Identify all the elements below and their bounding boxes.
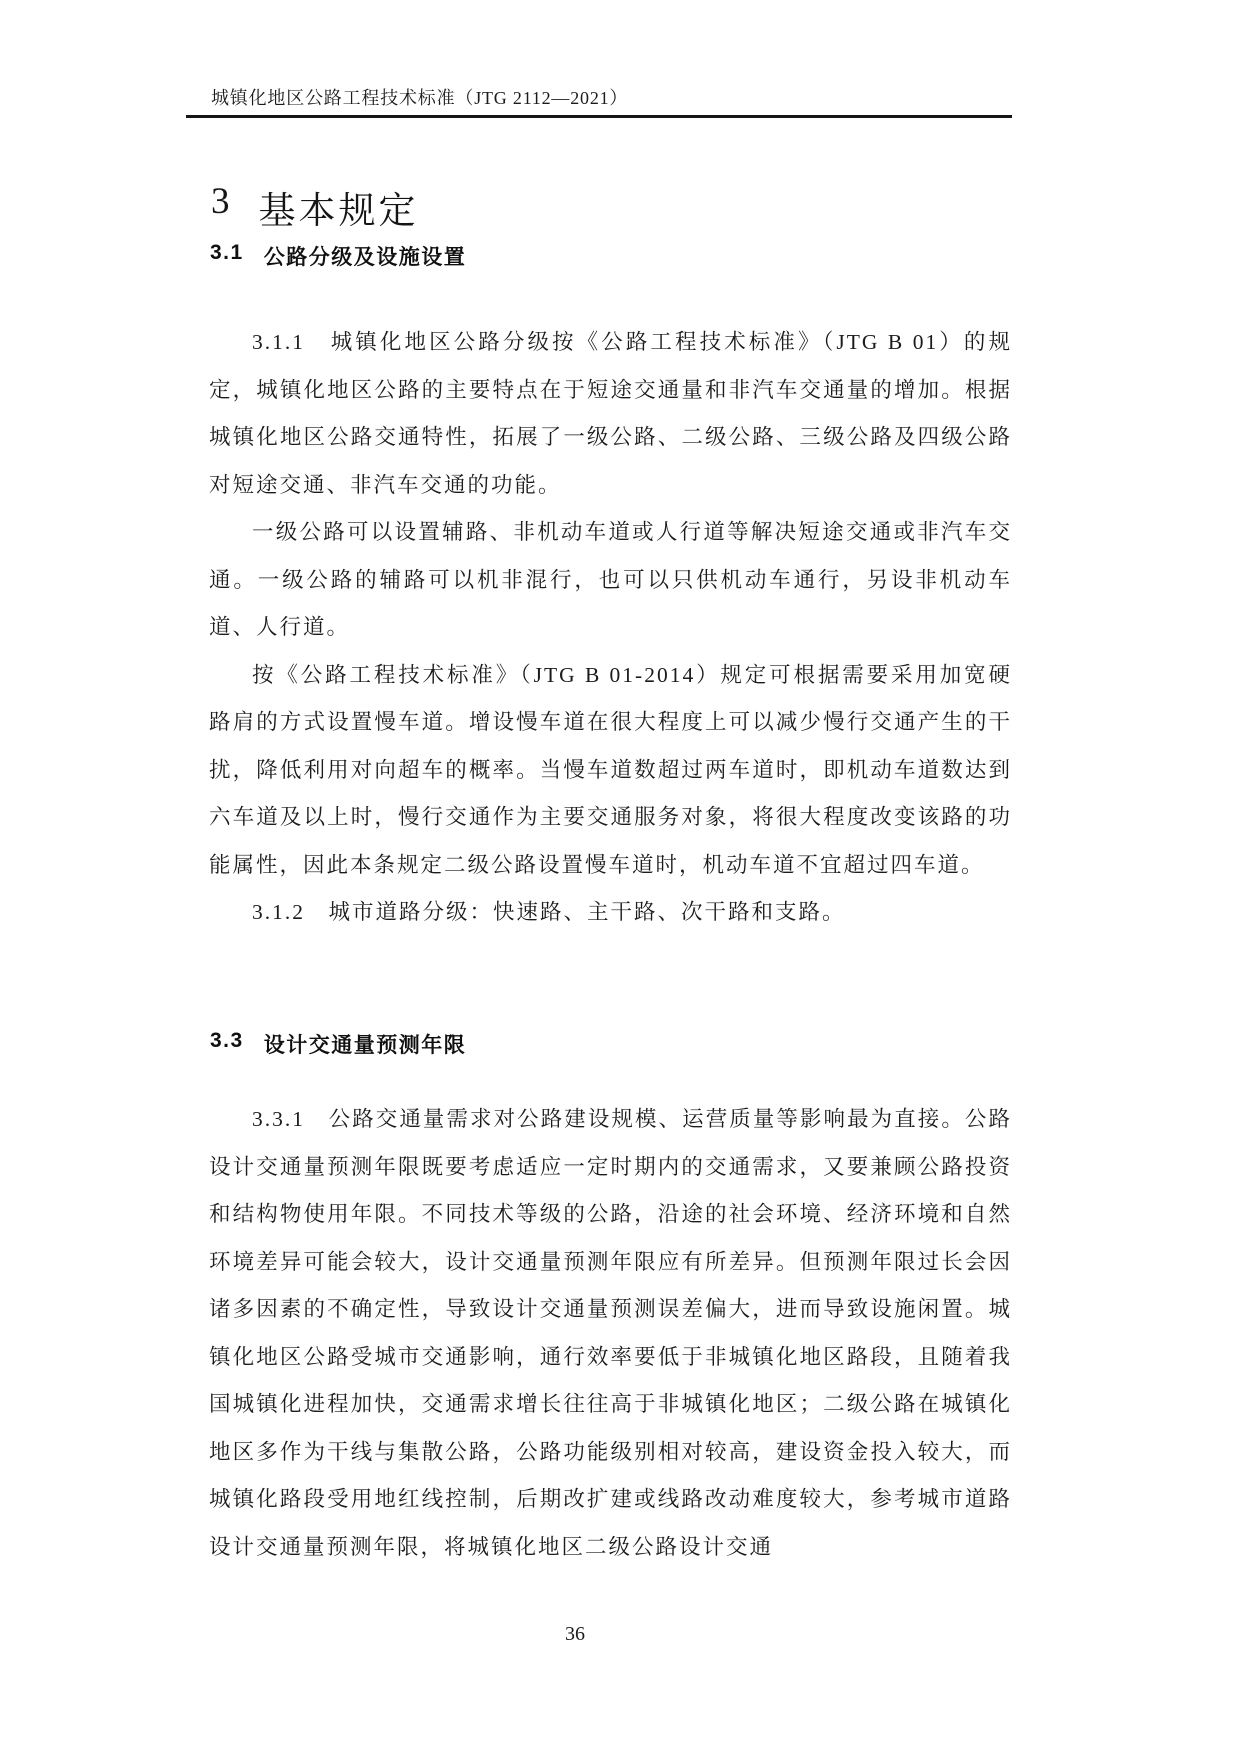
chapter-heading-text: 基本规定 <box>259 180 419 234</box>
document-page: 城镇化地区公路工程技术标准（JTG 2112—2021） 3 基本规定 3.1 … <box>0 0 1241 1754</box>
para-3-1-commentary-1: 一级公路可以设置辅路、非机动车道或人行道等解决短途交通或非汽车交通。一级公路的辅… <box>209 509 1012 652</box>
para-3-1-commentary-2: 按《公路工程技术标准》（JTG B 01-2014）规定可根据需要采用加宽硬路肩… <box>209 652 1012 890</box>
section-number: 3.3 <box>210 1029 244 1059</box>
chapter-heading: 3 基本规定 <box>211 180 419 234</box>
page-number: 36 <box>0 1623 1150 1646</box>
chapter-number: 3 <box>211 180 233 234</box>
section-heading-3-3: 3.3 设计交通量预测年限 <box>210 1029 466 1059</box>
section-heading-3-1: 3.1 公路分级及设施设置 <box>210 241 466 271</box>
header-rule <box>186 115 1012 118</box>
para-3-3-1: 3.3.1 公路交通量需求对公路建设规模、运营质量等影响最为直接。公路设计交通量… <box>209 1096 1012 1571</box>
para-3-1-2: 3.1.2 城市道路分级：快速路、主干路、次干路和支路。 <box>209 889 1012 937</box>
para-3-1-1: 3.1.1 城镇化地区公路分级按《公路工程技术标准》（JTG B 01）的规定，… <box>209 319 1012 509</box>
section-3-3-body: 3.3.1 公路交通量需求对公路建设规模、运营质量等影响最为直接。公路设计交通量… <box>209 1096 1012 1571</box>
section-number: 3.1 <box>210 241 244 271</box>
section-title: 公路分级及设施设置 <box>264 241 467 271</box>
section-3-1-body: 3.1.1 城镇化地区公路分级按《公路工程技术标准》（JTG B 01）的规定，… <box>209 319 1012 937</box>
running-header-title: 城镇化地区公路工程技术标准（JTG 2112—2021） <box>211 84 628 110</box>
section-title: 设计交通量预测年限 <box>264 1029 467 1059</box>
